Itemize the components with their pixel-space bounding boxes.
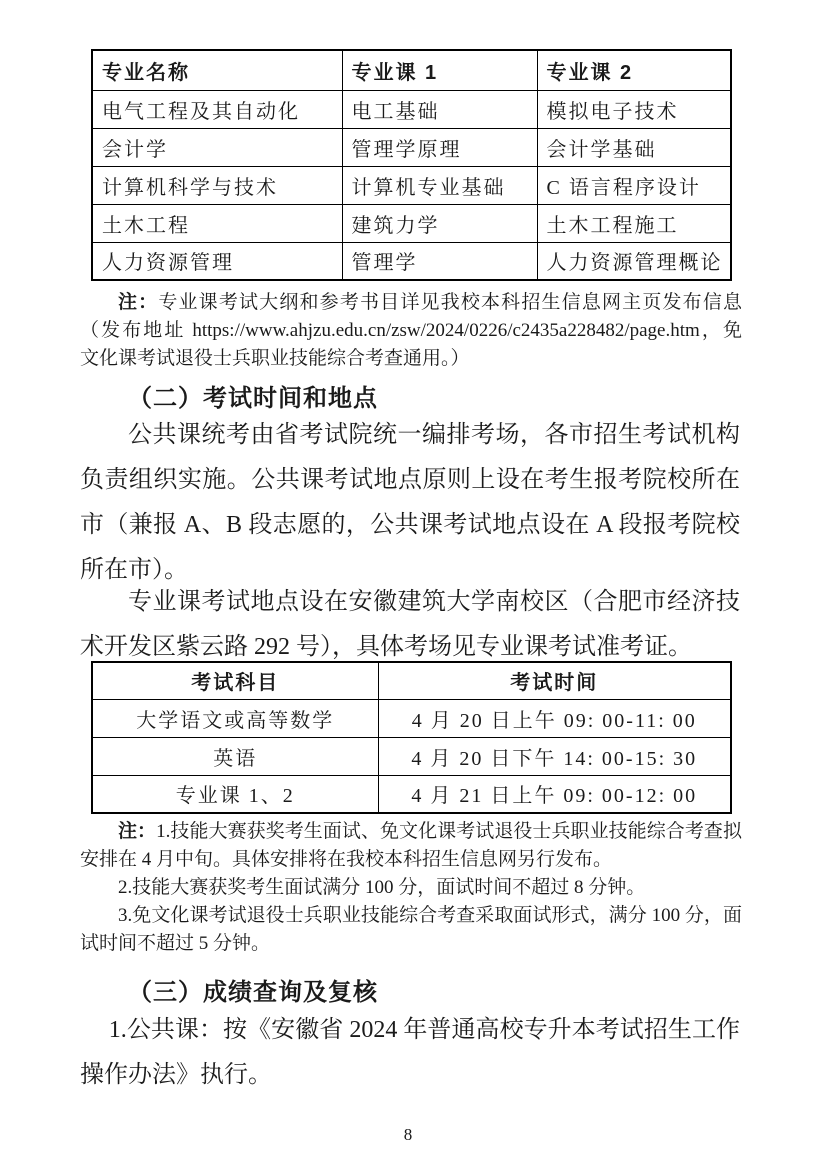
section-heading-exam-time-place: （二）考试时间和地点 (80, 382, 742, 415)
cell-course1: 管理学原理 (342, 128, 537, 166)
paragraph-public-course-score-rule: 1.公共课：按《安徽省 2024 年普通高校专升本考试招生工作操作办法》执行。 (80, 1008, 740, 1098)
section-heading-score-inquiry: （三）成绩查询及复核 (80, 976, 742, 1009)
cell-course1: 计算机专业基础 (342, 166, 537, 204)
cell-major: 计算机科学与技术 (92, 166, 342, 204)
note-text: 专业课考试大纲和参考书目详见我校本科招生信息网主页发布信息（发布地址 https… (80, 292, 742, 369)
col-header-course2: 专业课 2 (537, 50, 731, 90)
cell-subject: 英语 (92, 737, 378, 775)
cell-major: 会计学 (92, 128, 342, 166)
col-header-time: 考试时间 (378, 662, 731, 699)
col-header-course1: 专业课 1 (342, 50, 537, 90)
table-header-row: 考试科目 考试时间 (92, 662, 731, 699)
note-interview-score: 2.技能大赛获奖考生面试满分 100 分，面试时间不超过 8 分钟。 (80, 874, 742, 902)
table-row: 计算机科学与技术 计算机专业基础 C 语言程序设计 (92, 166, 731, 204)
cell-course1: 建筑力学 (342, 204, 537, 242)
col-header-subject: 考试科目 (92, 662, 378, 699)
cell-subject: 专业课 1、2 (92, 775, 378, 813)
note-label: 注： (118, 292, 158, 313)
note-text: 2.技能大赛获奖考生面试满分 100 分，面试时间不超过 8 分钟。 (118, 877, 645, 898)
paragraph-public-course-exam: 公共课统考由省考试院统一编排考场，各市招生考试机构负责组织实施。公共课考试地点原… (80, 413, 740, 593)
cell-time: 4 月 20 日上午 09: 00-11: 00 (378, 699, 731, 737)
cell-course1: 电工基础 (342, 90, 537, 128)
cell-course2: 土木工程施工 (537, 204, 731, 242)
cell-time: 4 月 20 日下午 14: 00-15: 30 (378, 737, 731, 775)
cell-course2: 会计学基础 (537, 128, 731, 166)
table-row: 专业课 1、2 4 月 21 日上午 09: 00-12: 00 (92, 775, 731, 813)
col-header-major-name: 专业名称 (92, 50, 342, 90)
cell-time: 4 月 21 日上午 09: 00-12: 00 (378, 775, 731, 813)
note-label: 注： (118, 821, 156, 842)
document-page: 专业名称 专业课 1 专业课 2 电气工程及其自动化 电工基础 模拟电子技术 会… (0, 0, 816, 1166)
cell-course1: 管理学 (342, 242, 537, 280)
note-exam-syllabus: 注：专业课考试大纲和参考书目详见我校本科招生信息网主页发布信息（发布地址 htt… (80, 289, 742, 373)
cell-major: 人力资源管理 (92, 242, 342, 280)
table-row: 电气工程及其自动化 电工基础 模拟电子技术 (92, 90, 731, 128)
paragraph-professional-course-location: 专业课考试地点设在安徽建筑大学南校区（合肥市经济技术开发区紫云路 292 号），… (80, 580, 740, 670)
table-header-row: 专业名称 专业课 1 专业课 2 (92, 50, 731, 90)
page-number: 8 (0, 1125, 816, 1145)
note-text: 3.免文化课考试退役士兵职业技能综合考查采取面试形式，满分 100 分，面试时间… (80, 905, 742, 954)
cell-course2: C 语言程序设计 (537, 166, 731, 204)
cell-subject: 大学语文或高等数学 (92, 699, 378, 737)
table-row: 会计学 管理学原理 会计学基础 (92, 128, 731, 166)
table-row: 人力资源管理 管理学 人力资源管理概论 (92, 242, 731, 280)
cell-course2: 人力资源管理概论 (537, 242, 731, 280)
table-row: 大学语文或高等数学 4 月 20 日上午 09: 00-11: 00 (92, 699, 731, 737)
professional-courses-table: 专业名称 专业课 1 专业课 2 电气工程及其自动化 电工基础 模拟电子技术 会… (91, 49, 732, 281)
cell-course2: 模拟电子技术 (537, 90, 731, 128)
note-text: 1.技能大赛获奖考生面试、免文化课考试退役士兵职业技能综合考查拟安排在 4 月中… (80, 821, 742, 870)
exam-schedule-table: 考试科目 考试时间 大学语文或高等数学 4 月 20 日上午 09: 00-11… (91, 661, 732, 814)
note-veteran-assessment: 3.免文化课考试退役士兵职业技能综合考查采取面试形式，满分 100 分，面试时间… (80, 902, 742, 958)
note-interview-schedule: 注：1.技能大赛获奖考生面试、免文化课考试退役士兵职业技能综合考查拟安排在 4 … (80, 818, 742, 874)
table-row: 英语 4 月 20 日下午 14: 00-15: 30 (92, 737, 731, 775)
cell-major: 土木工程 (92, 204, 342, 242)
cell-major: 电气工程及其自动化 (92, 90, 342, 128)
table-row: 土木工程 建筑力学 土木工程施工 (92, 204, 731, 242)
